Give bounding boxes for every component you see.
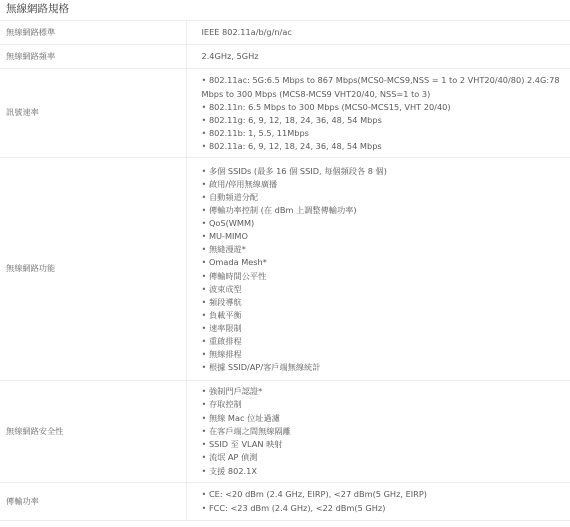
list-item: SSID 至 VLAN 映射 [202, 438, 567, 451]
list-item: 802.11n: 6.5 Mbps to 300 Mbps (MCS0-MCS1… [202, 101, 567, 114]
list-item: 流氓 AP 偵測 [202, 451, 567, 464]
list-item: CE: <20 dBm (2.4 GHz, EIRP), <27 dBm(5 G… [202, 488, 567, 501]
list-item: 啟用/停用無線廣播 [202, 178, 567, 191]
list-item: 速率限制 [202, 322, 567, 335]
spec-row-signal-rate: 訊號速率 802.11ac: 5G:6.5 Mbps to 867 Mbps(M… [0, 69, 570, 158]
list-item: 重啟排程 [202, 335, 567, 348]
spec-row-transmit-power: 傳輸功率 CE: <20 dBm (2.4 GHz, EIRP), <27 dB… [0, 483, 570, 521]
list-item: 無線 Mac 位址過濾 [202, 412, 567, 425]
list-item: 自動頻道分配 [202, 191, 567, 204]
wireless-features-list: 多個 SSIDs (最多 16 個 SSID, 每個頻段各 8 個) 啟用/停用… [202, 165, 567, 375]
spec-label: 無線網路頻率 [0, 45, 186, 69]
spec-label: 無線網路標準 [0, 21, 186, 45]
signal-rate-list: 802.11ac: 5G:6.5 Mbps to 867 Mbps(MCS0-M… [202, 74, 567, 153]
list-item: 根據 SSID/AP/客戶端無線統計 [202, 361, 567, 374]
list-item: 支援 802.1X [202, 465, 567, 478]
list-item: 波束成型 [202, 283, 567, 296]
section-title: 無線網路規格 [0, 0, 570, 20]
spec-label: 傳輸功率 [0, 483, 186, 521]
list-item: 負載平衡 [202, 309, 567, 322]
list-item: MU-MIMO [202, 230, 567, 243]
spec-value: 802.11ac: 5G:6.5 Mbps to 867 Mbps(MCS0-M… [186, 69, 570, 158]
list-item: 多個 SSIDs (最多 16 個 SSID, 每個頻段各 8 個) [202, 165, 567, 178]
list-item: 存取控制 [202, 398, 567, 411]
spec-value: 多個 SSIDs (最多 16 個 SSID, 每個頻段各 8 個) 啟用/停用… [186, 158, 570, 381]
spec-row-wireless-security: 無線網路安全性 強制門戶認證* 存取控制 無線 Mac 位址過濾 在客戶端之間無… [0, 381, 570, 483]
transmit-power-list: CE: <20 dBm (2.4 GHz, EIRP), <27 dBm(5 G… [202, 488, 567, 514]
list-item: 802.11g: 6, 9, 12, 18, 24, 36, 48, 54 Mb… [202, 114, 567, 127]
spec-value: 強制門戶認證* 存取控制 無線 Mac 位址過濾 在客戶端之間無線隔離 SSID… [186, 381, 570, 483]
list-item: 無線排程 [202, 348, 567, 361]
list-item: Omada Mesh* [202, 256, 567, 269]
list-item: 802.11a: 6, 9, 12, 18, 24, 36, 48, 54 Mb… [202, 140, 567, 153]
list-item: 傳輸時間公平性 [202, 270, 567, 283]
spec-row-wireless-standard: 無線網路標準 IEEE 802.11a/b/g/n/ac [0, 21, 570, 45]
spec-value: 2.4GHz, 5GHz [186, 45, 570, 69]
list-item: FCC: <23 dBm (2.4 GHz), <22 dBm(5 GHz) [202, 502, 567, 515]
spec-row-wireless-frequency: 無線網路頻率 2.4GHz, 5GHz [0, 45, 570, 69]
list-item: QoS(WMM) [202, 217, 567, 230]
spec-row-wireless-features: 無線網路功能 多個 SSIDs (最多 16 個 SSID, 每個頻段各 8 個… [0, 158, 570, 381]
list-item: 傳輸功率控制 (在 dBm 上調整傳輸功率) [202, 204, 567, 217]
spec-label: 無線網路安全性 [0, 381, 186, 483]
list-item: 802.11ac: 5G:6.5 Mbps to 867 Mbps(MCS0-M… [202, 74, 567, 100]
list-item: 在客戶端之間無線隔離 [202, 425, 567, 438]
list-item: 強制門戶認證* [202, 385, 567, 398]
spec-label: 無線網路功能 [0, 158, 186, 381]
list-item: 802.11b: 1, 5.5, 11Mbps [202, 127, 567, 140]
list-item: 頻段導航 [202, 296, 567, 309]
list-item: 無縫漫遊* [202, 243, 567, 256]
spec-value: IEEE 802.11a/b/g/n/ac [186, 21, 570, 45]
spec-label: 訊號速率 [0, 69, 186, 158]
wireless-spec-table: 無線網路標準 IEEE 802.11a/b/g/n/ac 無線網路頻率 2.4G… [0, 20, 570, 521]
wireless-security-list: 強制門戶認證* 存取控制 無線 Mac 位址過濾 在客戶端之間無線隔離 SSID… [202, 385, 567, 477]
spec-value: CE: <20 dBm (2.4 GHz, EIRP), <27 dBm(5 G… [186, 483, 570, 521]
